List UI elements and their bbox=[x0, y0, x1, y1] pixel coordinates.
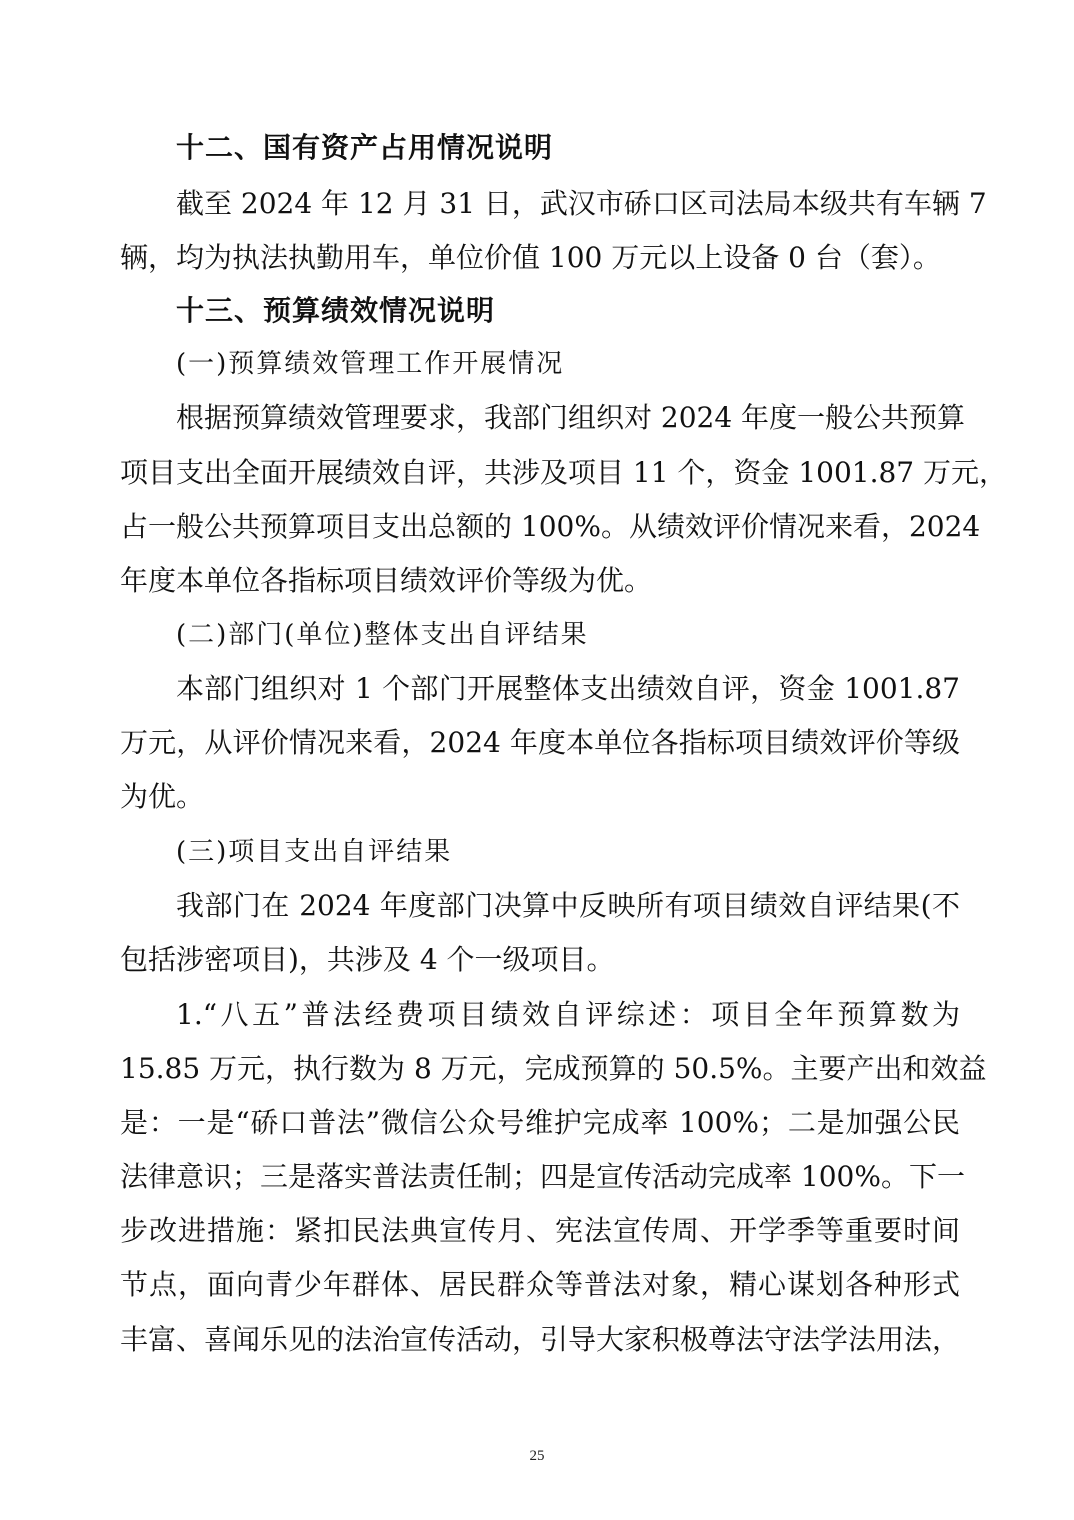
paragraph-line: 包括涉密项目)，共涉及 4 个一级项目。 bbox=[120, 936, 960, 984]
paragraph-line: 本部门组织对 1 个部门开展整体支出绩效自评，资金 1001.87 bbox=[176, 665, 960, 713]
paragraph-line: 丰富、喜闻乐见的法治宣传活动，引导大家积极尊法守法学法用法， bbox=[120, 1316, 960, 1364]
paragraph-line: 1.“八五”普法经费项目绩效自评综述：项目全年预算数为 bbox=[176, 991, 960, 1039]
paragraph-line: 辆，均为执法执勤用车，单位价值 100 万元以上设备 0 台（套）。 bbox=[120, 234, 960, 282]
paragraph-line: 年度本单位各指标项目绩效评价等级为优。 bbox=[120, 557, 960, 605]
paragraph-line: 节点，面向青少年群体、居民群众等普法对象，精心谋划各种形式 bbox=[120, 1261, 960, 1309]
subsection-heading-2: (二)部门(单位)整体支出自评结果 bbox=[176, 611, 960, 659]
paragraph-line: 根据预算绩效管理要求，我部门组织对 2024 年度一般公共预算 bbox=[176, 394, 960, 442]
paragraph-line: 我部门在 2024 年度部门决算中反映所有项目绩效自评结果(不 bbox=[176, 882, 960, 930]
paragraph-line: 为优。 bbox=[120, 773, 960, 821]
paragraph-line: 15.85 万元，执行数为 8 万元，完成预算的 50.5%。主要产出和效益 bbox=[120, 1045, 960, 1093]
section-heading-12: 十二、国有资产占用情况说明 bbox=[176, 124, 960, 172]
paragraph-line: 项目支出全面开展绩效自评，共涉及项目 11 个，资金 1001.87 万元， bbox=[120, 449, 960, 497]
subsection-heading-3: (三)项目支出自评结果 bbox=[176, 828, 960, 876]
paragraph-line: 占一般公共预算项目支出总额的 100%。从绩效评价情况来看，2024 bbox=[120, 503, 960, 551]
section-heading-13: 十三、预算绩效情况说明 bbox=[176, 287, 960, 335]
paragraph-line: 是：一是“硚口普法”微信公众号维护完成率 100%；二是加强公民 bbox=[120, 1099, 960, 1147]
page-number: 25 bbox=[0, 1448, 1074, 1465]
paragraph-line: 法律意识；三是落实普法责任制；四是宣传活动完成率 100%。下一 bbox=[120, 1153, 960, 1201]
paragraph-line: 截至 2024 年 12 月 31 日，武汉市硚口区司法局本级共有车辆 7 bbox=[176, 180, 960, 228]
paragraph-line: 万元，从评价情况来看，2024 年度本单位各指标项目绩效评价等级 bbox=[120, 719, 960, 767]
document-page: 十二、国有资产占用情况说明 截至 2024 年 12 月 31 日，武汉市硚口区… bbox=[0, 0, 1074, 1520]
paragraph-line: 步改进措施：紧扣民法典宣传月、宪法宣传周、开学季等重要时间 bbox=[120, 1207, 960, 1255]
subsection-heading-1: (一)预算绩效管理工作开展情况 bbox=[176, 340, 960, 388]
